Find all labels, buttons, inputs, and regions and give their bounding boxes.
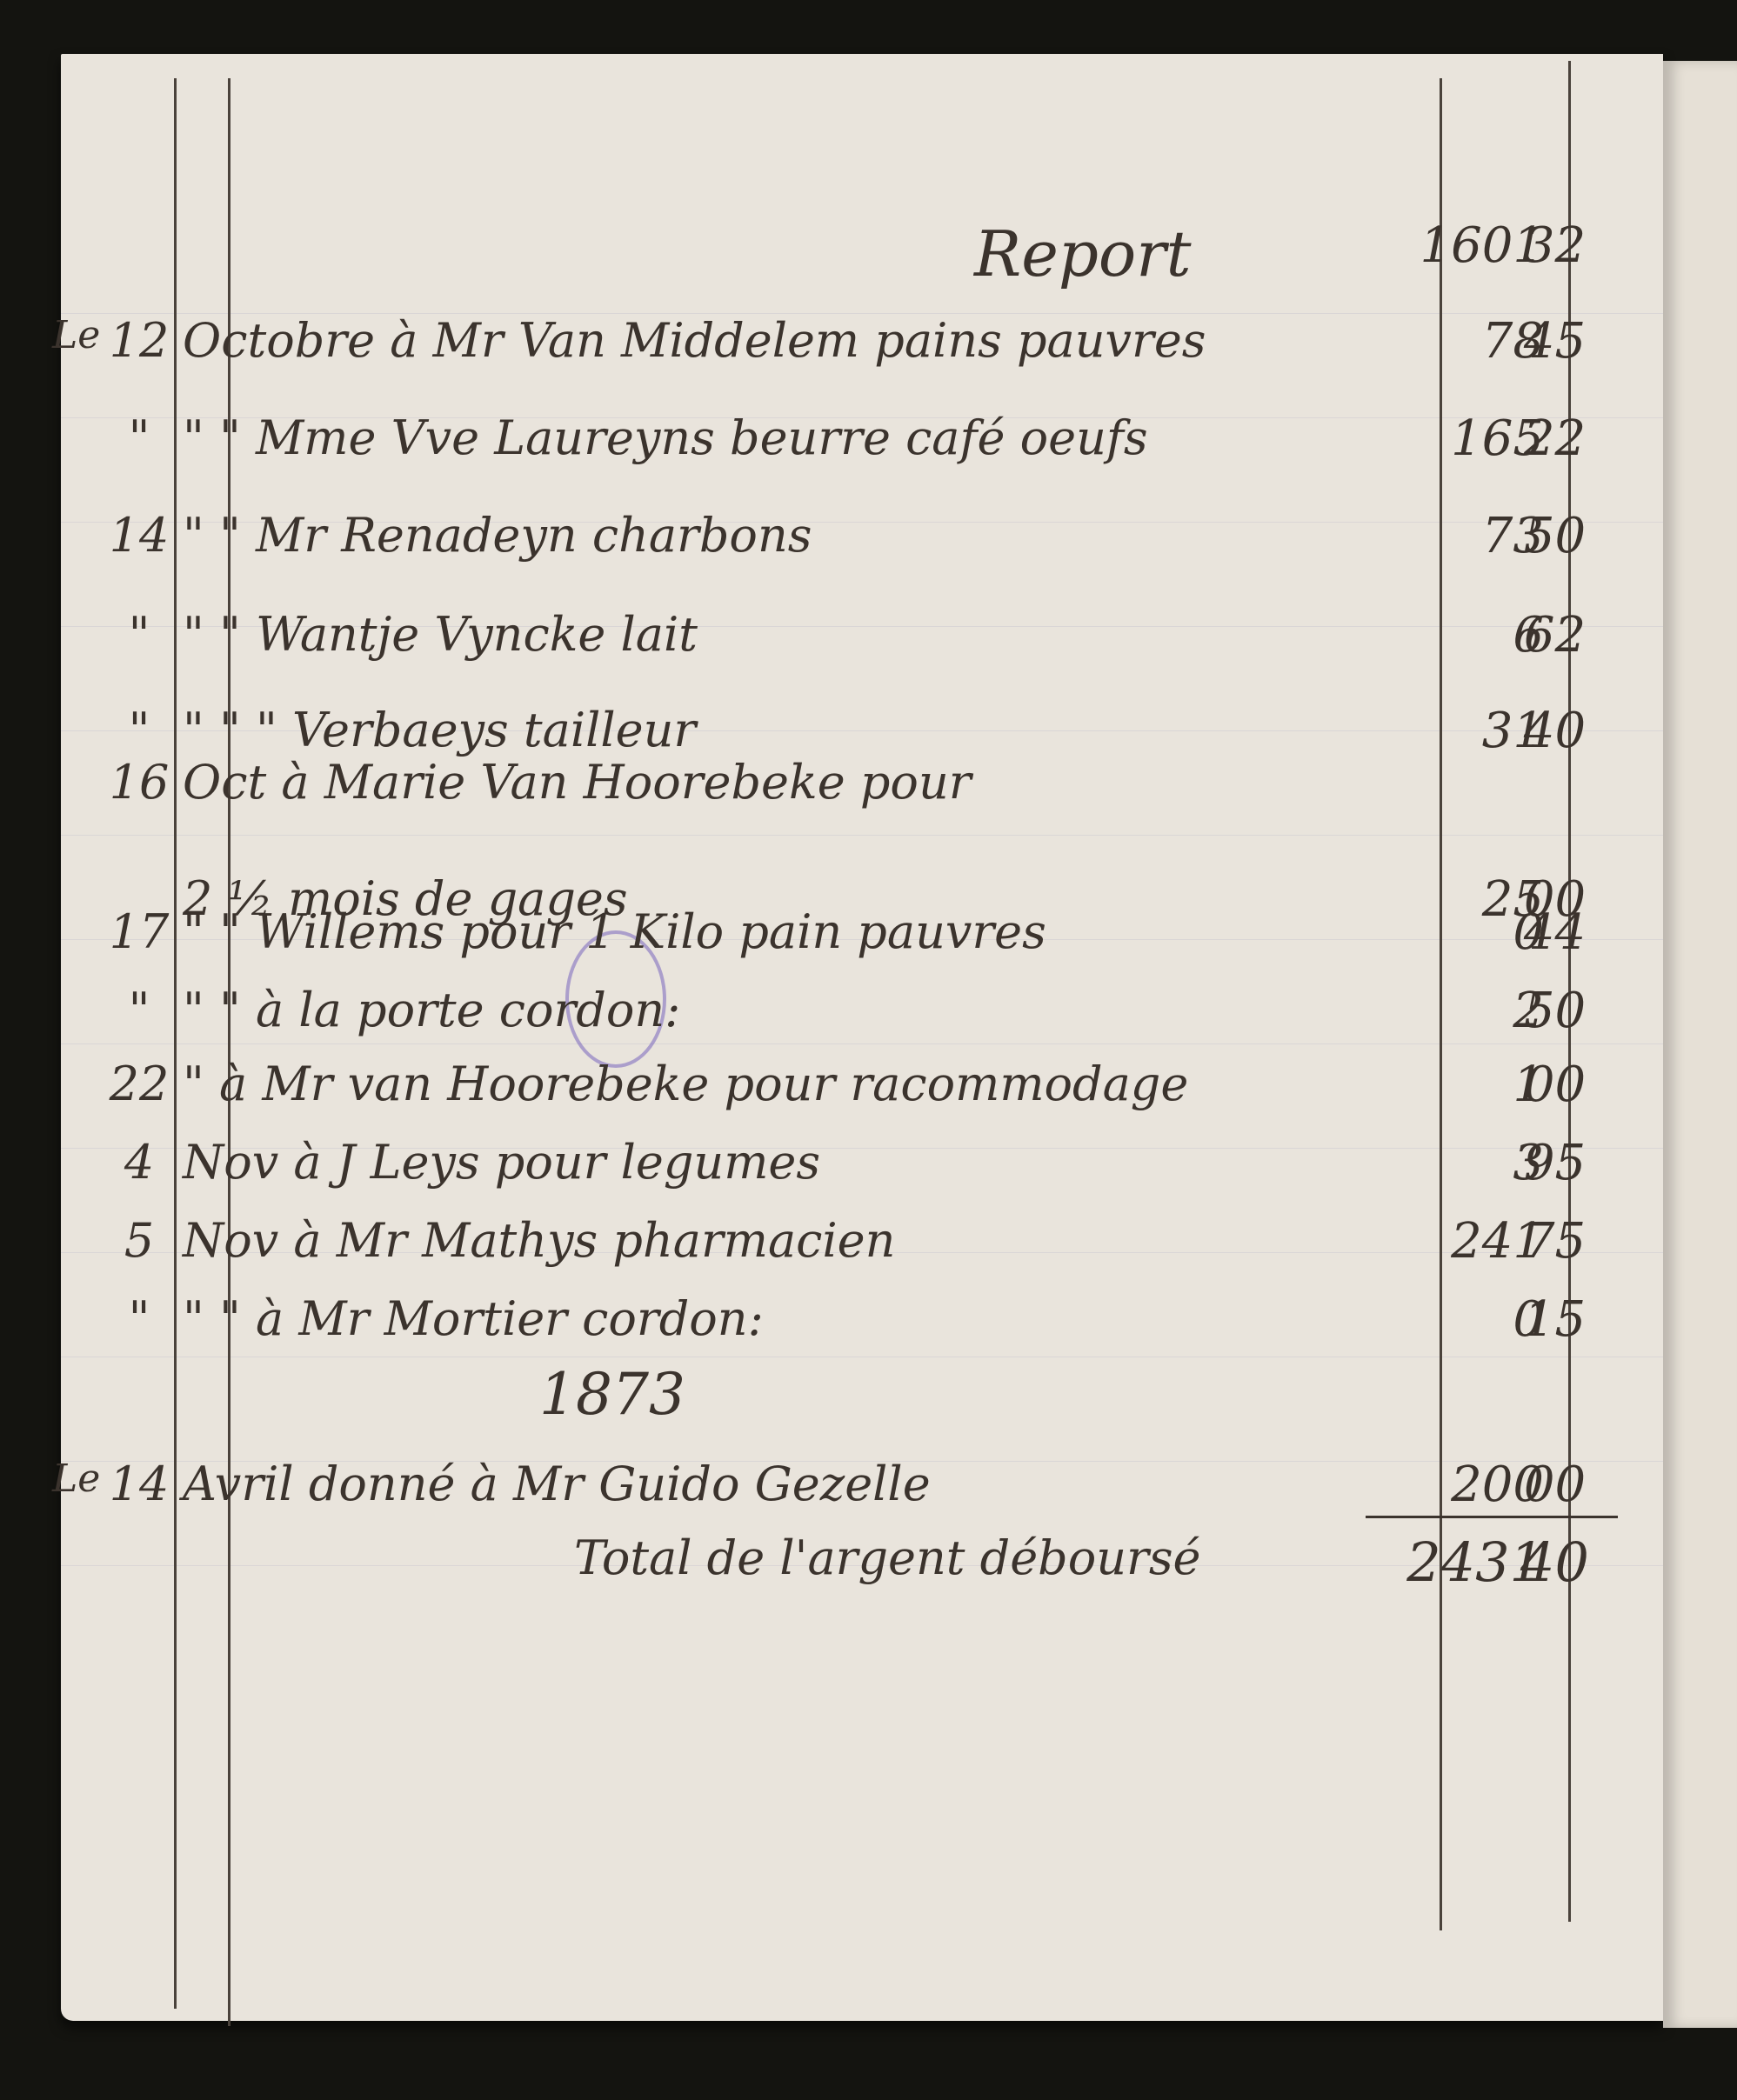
- entry-centimes: 95: [1513, 1135, 1596, 1191]
- ledger-entry: 16 Oct à Marie Van Hoorebeke pour: [0, 755, 1602, 833]
- entry-centimes: 44: [1513, 904, 1596, 961]
- entry-description: Nov à J Leys pour legumes: [183, 1135, 1435, 1190]
- entry-day: 14: [100, 1457, 178, 1511]
- entry-day: ": [100, 607, 178, 662]
- ledger-entry: 22 " à Mr van Hoorebeke pour racommodage…: [0, 1057, 1602, 1135]
- entry-centimes: 45: [1513, 313, 1596, 370]
- year-heading: 1873: [539, 1361, 685, 1428]
- total-centimes: 40: [1513, 1530, 1596, 1594]
- entry-day: 17: [100, 904, 178, 959]
- entry-day: ": [100, 410, 178, 465]
- entry-day: 5: [100, 1213, 178, 1268]
- ledger-entry: " " " à Mr Mortier cordon: 0 15: [0, 1291, 1602, 1370]
- entry-day: 16: [100, 755, 178, 810]
- entry-centimes: 22: [1513, 410, 1596, 467]
- entry-description: " " Wantje Vyncke lait: [183, 607, 1435, 662]
- entry-description: " " Mme Vve Laureyns beurre café oeufs: [183, 410, 1435, 465]
- entry-centimes: 50: [1513, 508, 1596, 564]
- report-label: Report: [974, 217, 1737, 290]
- entry-description: " " " Verbaeys tailleur: [183, 703, 1435, 757]
- entry-description: Octobre à Mr Van Middelem pains pauvres: [183, 313, 1435, 368]
- entry-day: 22: [100, 1057, 178, 1111]
- entry-day: 4: [100, 1135, 178, 1190]
- entry-description: Oct à Marie Van Hoorebeke pour: [183, 755, 1435, 810]
- entry-day: ": [100, 1291, 178, 1346]
- ledger-entry: 4 Nov à J Leys pour legumes 3 95: [0, 1135, 1602, 1213]
- ruled-line: [61, 835, 1663, 836]
- ledger-entry: " " " Mme Vve Laureyns beurre café oeufs…: [0, 410, 1602, 489]
- entry-day: ": [100, 983, 178, 1037]
- entry-centimes: 00: [1513, 1457, 1596, 1513]
- report-row: Report 1601 32: [0, 217, 1602, 296]
- entry-description: " " à Mr Mortier cordon:: [183, 1291, 1435, 1346]
- ledger-entry: Le 12 Octobre à Mr Van Middelem pains pa…: [0, 313, 1602, 391]
- report-centimes: 32: [1513, 217, 1596, 274]
- ledger-entry: " " " Wantje Vyncke lait 6 62: [0, 607, 1602, 685]
- entry-centimes: 75: [1513, 1213, 1596, 1270]
- entry-centimes: 00: [1513, 1057, 1596, 1113]
- entry-description: Avril donné à Mr Guido Gezelle: [183, 1457, 1435, 1511]
- entry-prefix: Le: [52, 1457, 100, 1501]
- ledger-entry: 17 " " Willems pour 1 Kilo pain pauvres …: [0, 904, 1602, 983]
- total-underline: [1366, 1516, 1618, 1518]
- entry-centimes: 62: [1513, 607, 1596, 663]
- entry-description: " " Mr Renadeyn charbons: [183, 508, 1435, 563]
- entry-centimes: 40: [1513, 703, 1596, 759]
- ledger-entry-final: Le 14 Avril donné à Mr Guido Gezelle 200…: [0, 1457, 1602, 1535]
- total-francs: 2431: [1270, 1530, 1544, 1594]
- entry-prefix: Le: [52, 313, 100, 357]
- entry-day: ": [100, 703, 178, 757]
- adjacent-page-edge: [1663, 61, 1737, 2028]
- ledger-entry: " " " à la porte cordon: 2 50: [0, 983, 1602, 1061]
- ledger-entry: 14 " " Mr Renadeyn charbons 73 50: [0, 508, 1602, 586]
- entry-description: Nov à Mr Mathys pharmacien: [183, 1213, 1435, 1268]
- entry-description: " " à la porte cordon:: [183, 983, 1435, 1037]
- total-label: Total de l'argent déboursé: [574, 1530, 1339, 1585]
- entry-centimes: 15: [1513, 1291, 1596, 1348]
- entry-day: 14: [100, 508, 178, 563]
- entry-day: 12: [100, 313, 178, 368]
- total-row: Total de l'argent déboursé 2431 40: [0, 1530, 1602, 1609]
- entry-description: " à Mr van Hoorebeke pour racommodage: [183, 1057, 1435, 1111]
- entry-description: " " Willems pour 1 Kilo pain pauvres: [183, 904, 1435, 959]
- ledger-entry: 5 Nov à Mr Mathys pharmacien 241 75: [0, 1213, 1602, 1291]
- entry-centimes: 50: [1513, 983, 1596, 1039]
